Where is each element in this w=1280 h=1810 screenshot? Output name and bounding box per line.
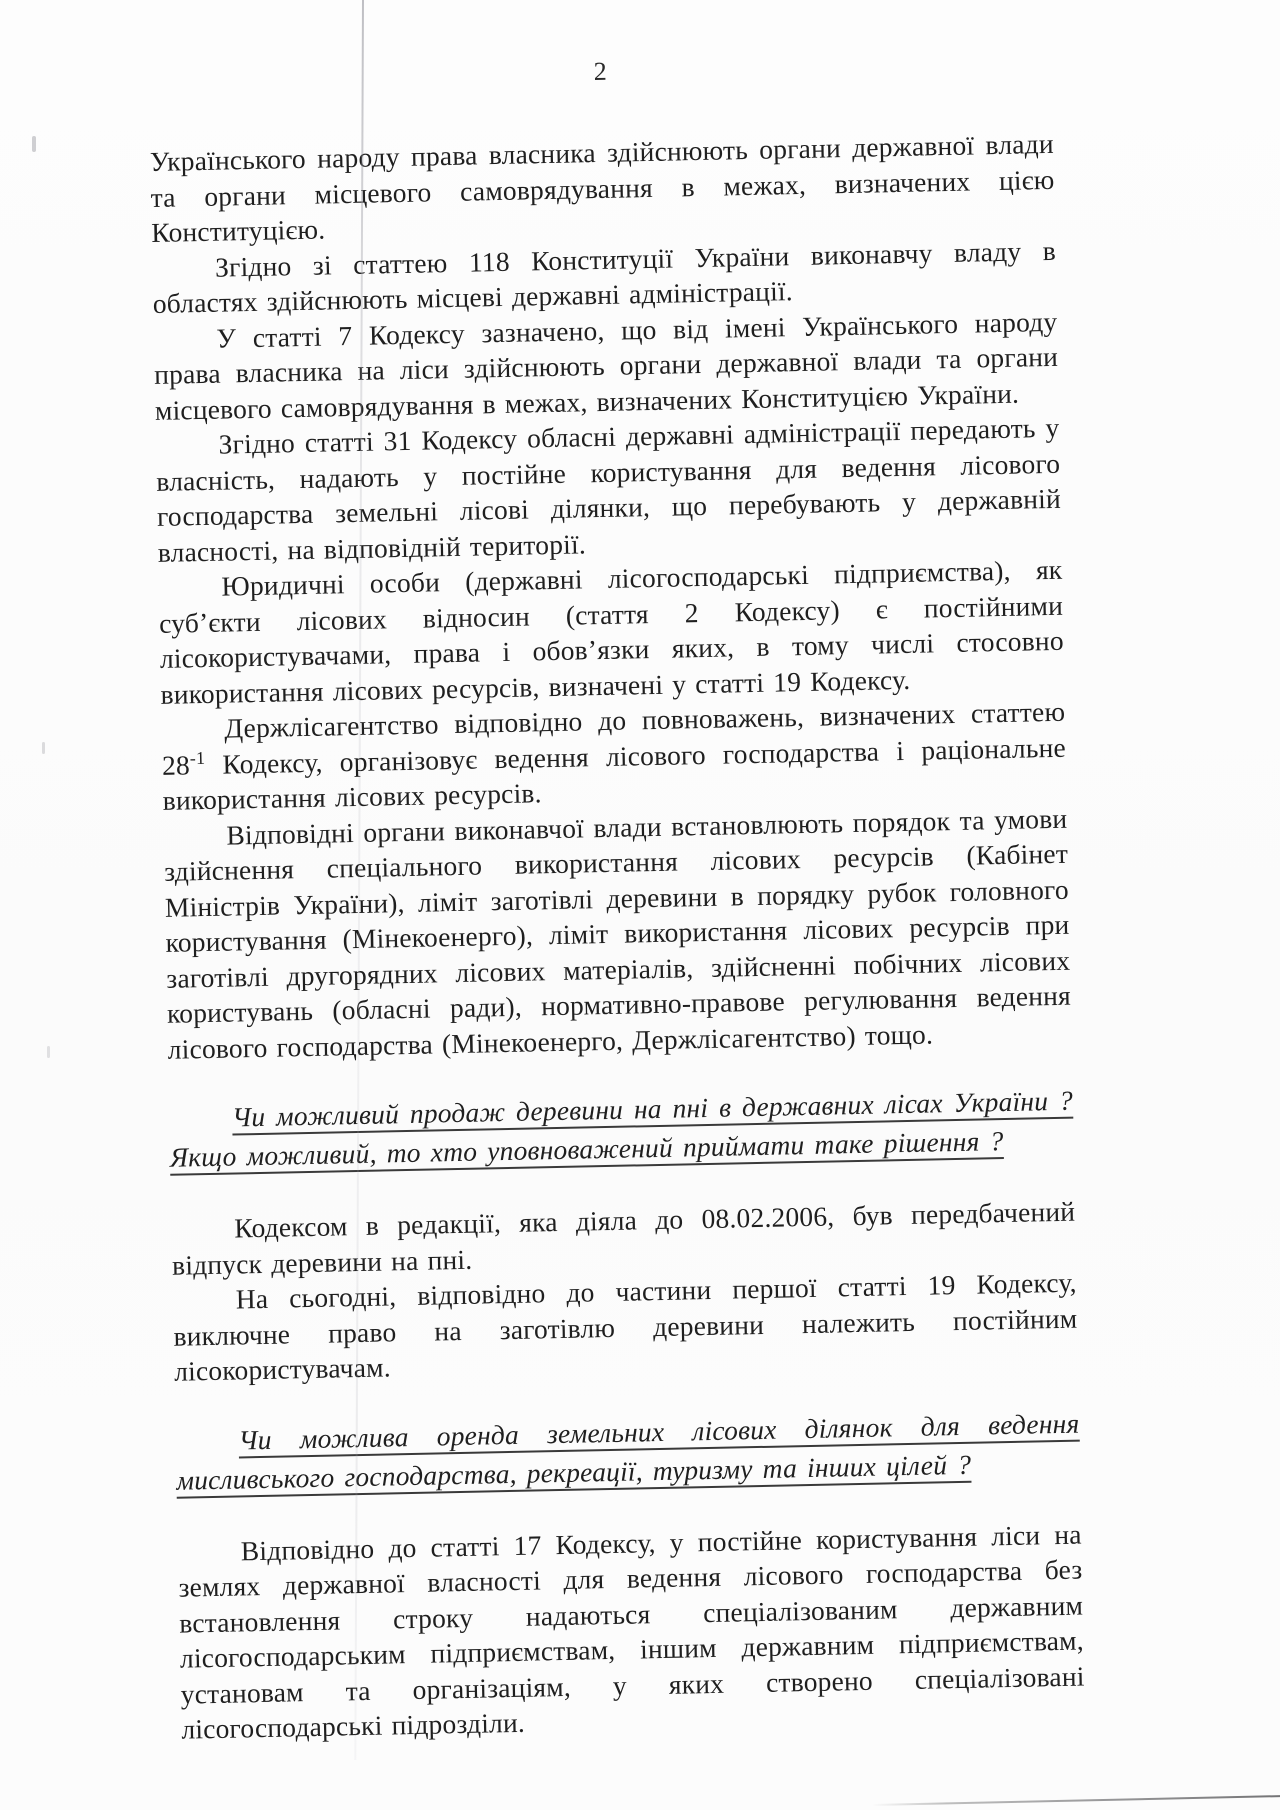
scan-margin-mark <box>47 1046 50 1058</box>
scan-margin-mark <box>32 136 36 152</box>
page-content: 2 Українського народу права власника зді… <box>148 48 1086 1747</box>
question-heading: Чи можлива оренда земельних лісових діля… <box>175 1403 1080 1499</box>
paragraph: Держлісагентство відповідно до повноваже… <box>161 694 1067 819</box>
paragraph: У статті 7 Кодексу зазначено, що від іме… <box>153 303 1059 428</box>
scan-margin-mark <box>42 742 45 754</box>
paper-edge-shadow <box>872 1795 1280 1806</box>
superscript-article-number: -1 <box>190 747 206 767</box>
paragraph: Українського народу права власника здійс… <box>150 126 1056 251</box>
paragraph: Юридичні особи (державні лісогосподарськ… <box>158 552 1065 712</box>
paragraph: На сьогодні, відповідно до частини першо… <box>172 1265 1078 1390</box>
page-number: 2 <box>148 48 1052 96</box>
document-body: Українського народу права власника здійс… <box>150 126 1086 1747</box>
paragraph: Відповідно до статті 17 Кодексу, у пості… <box>177 1516 1085 1747</box>
paragraph: Відповідні органи виконавчої влади встан… <box>163 800 1072 1067</box>
question-heading: Чи можливий продаж деревини на пні в дер… <box>169 1081 1074 1177</box>
scanned-document-page: 2 Українського народу права власника зді… <box>0 0 1280 1810</box>
paragraph: Згідно статті 31 Кодексу обласні державн… <box>155 410 1062 570</box>
